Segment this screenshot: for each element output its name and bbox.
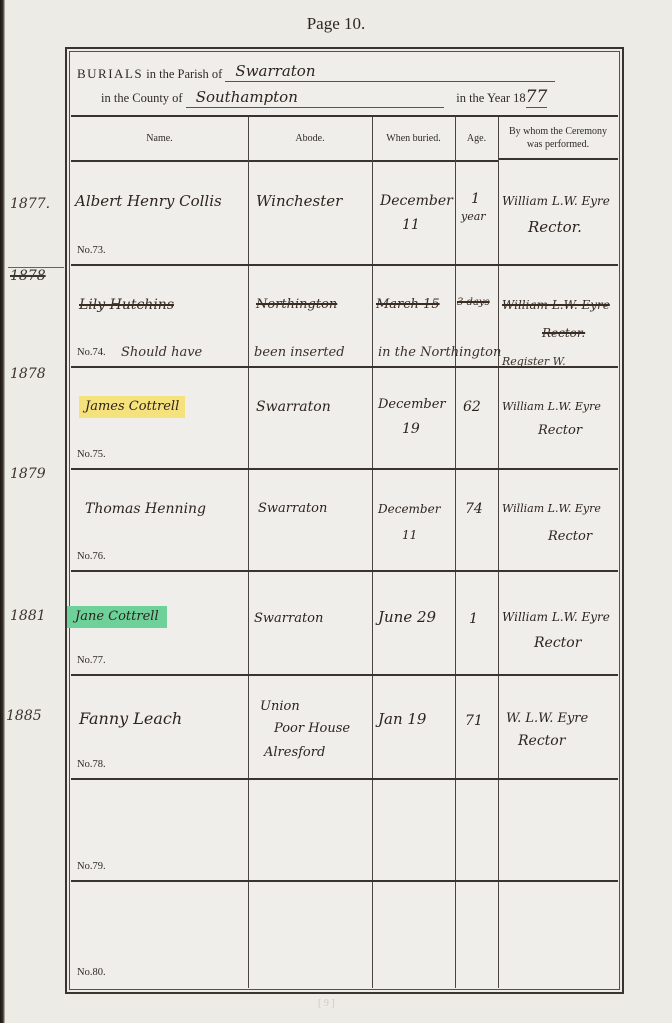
- year-suffix: 77: [526, 87, 548, 108]
- margin-year-1881: 1881: [10, 608, 46, 624]
- age-value-struck: 3 days: [457, 292, 490, 314]
- burial-date: June 29: [378, 606, 436, 628]
- entry-number: No.77.: [77, 655, 106, 666]
- abode-cell: Swarraton: [248, 366, 372, 468]
- register-header: BURIALS in the Parish of Swarraton in th…: [71, 53, 618, 117]
- county-value: Southampton: [196, 88, 298, 106]
- age-value: 71: [465, 710, 483, 732]
- entry-name-struck: Lily Hutchins: [79, 294, 174, 316]
- officiant-title: Rector: [518, 730, 565, 752]
- margin-year-1885: 1885: [6, 708, 42, 724]
- county-line: in the County of Southampton in the Year…: [101, 87, 547, 108]
- officiant-cell: W. L.W. Eyre Rector: [498, 674, 622, 778]
- burial-date-day: 11: [402, 524, 417, 546]
- book-binding-edge: [0, 0, 5, 1023]
- when-buried-cell: December 19: [372, 366, 455, 468]
- entry-abode-line3: Alresford: [264, 742, 325, 764]
- name-cell: No.80.: [71, 880, 248, 986]
- when-buried-cell: Jan 19: [372, 674, 455, 778]
- entry-number: No.80.: [77, 967, 106, 978]
- burial-date-struck: March 15: [376, 294, 440, 316]
- burial-date-day: 11: [402, 214, 420, 236]
- age-cell: 1 year: [455, 162, 498, 264]
- entry-abode: Swarraton: [254, 608, 323, 630]
- name-cell: Albert Henry Collis No.73.: [71, 162, 248, 264]
- entry-name-highlighted: James Cottrell: [79, 396, 185, 418]
- table-row-entry-79: No.79.: [71, 778, 618, 882]
- entry-number: No.79.: [77, 861, 106, 872]
- when-buried-cell: March 15 in the Northington: [372, 264, 455, 366]
- entry-number: No.76.: [77, 551, 106, 562]
- table-row-entry-76: Thomas Henning No.76. Swarraton December…: [71, 468, 618, 572]
- table-row-entry-77: Jane Cottrell No.77. Swarraton June 29 1…: [71, 570, 618, 676]
- officiant-title: Rector: [548, 526, 592, 548]
- margin-year-1877: 1877.: [10, 196, 50, 212]
- officiant-name-struck: William L.W. Eyre: [502, 294, 610, 316]
- officiant-cell: William L.W. Eyre Rector. Register W.: [498, 264, 622, 366]
- officiant-name: William L.W. Eyre: [502, 190, 610, 212]
- officiant-cell: William L.W. Eyre Rector: [498, 570, 622, 674]
- name-cell: James Cottrell No.75.: [71, 366, 248, 468]
- entry-name: Albert Henry Collis: [75, 190, 222, 212]
- margin-year-1878: 1878: [10, 366, 46, 382]
- burial-date: Jan 19: [378, 708, 426, 730]
- age-cell: 62: [455, 366, 498, 468]
- entry-name: Thomas Henning: [85, 498, 206, 520]
- burial-date-month: December: [378, 394, 446, 416]
- county-field: Southampton: [186, 91, 444, 108]
- entry-number: No.75.: [77, 449, 106, 460]
- burial-date-day: 19: [402, 418, 420, 440]
- correction-note-part1: Should have: [121, 345, 202, 360]
- entry-name: Fanny Leach: [79, 708, 182, 730]
- officiant-title: Rector.: [528, 216, 582, 238]
- burial-register-table: BURIALS in the Parish of Swarraton in th…: [65, 47, 624, 994]
- year-prefix: 18: [513, 91, 526, 105]
- age-cell: 71: [455, 674, 498, 778]
- age-value: 1: [469, 608, 478, 630]
- column-header-when-buried: When buried.: [372, 117, 455, 162]
- entry-abode-line1: Union: [260, 696, 300, 718]
- abode-cell: Swarraton: [248, 468, 372, 570]
- officiant-cell: William L.W. Eyre Rector.: [498, 162, 622, 264]
- table-row-entry-74: Lily Hutchins No.74. Should have Northin…: [71, 264, 618, 368]
- name-cell: Jane Cottrell No.77.: [71, 570, 248, 674]
- officiant-title: Rector: [534, 632, 581, 654]
- year-label: in the Year: [456, 91, 510, 105]
- table-row-entry-80: No.80.: [71, 880, 618, 986]
- abode-cell: Northington been inserted: [248, 264, 372, 366]
- entry-abode: Winchester: [256, 190, 342, 212]
- burial-date-month: December: [378, 498, 440, 520]
- entry-abode: Swarraton: [258, 498, 327, 520]
- column-header-ceremony: By whom the Ceremony was performed.: [498, 117, 618, 160]
- officiant-cell: William L.W. Eyre Rector: [498, 468, 622, 570]
- faint-page-mark: [ 9 ]: [318, 998, 335, 1009]
- table-row-entry-78: Fanny Leach No.78. Union Poor House Alre…: [71, 674, 618, 780]
- entry-abode-line2: Poor House: [274, 718, 350, 740]
- name-cell: No.79.: [71, 778, 248, 880]
- parish-value: Swarraton: [235, 62, 315, 80]
- name-cell: Fanny Leach No.78.: [71, 674, 248, 778]
- when-buried-cell: December 11: [372, 468, 455, 570]
- officiant-name: William L.W. Eyre: [502, 396, 601, 418]
- when-buried-cell: June 29: [372, 570, 455, 674]
- margin-year-1879: 1879: [10, 466, 46, 482]
- entry-abode: Swarraton: [256, 396, 331, 418]
- abode-cell: Swarraton: [248, 570, 372, 674]
- entry-number: No.74.: [77, 347, 106, 358]
- age-cell: 74: [455, 468, 498, 570]
- entry-name-highlighted: Jane Cottrell: [67, 606, 167, 628]
- table-row-entry-75: James Cottrell No.75. Swarraton December…: [71, 366, 618, 470]
- parish-line: BURIALS in the Parish of Swarraton: [77, 65, 555, 82]
- burial-date-month: December: [380, 190, 453, 212]
- county-label: in the County of: [101, 91, 183, 105]
- age-value: 74: [465, 498, 483, 520]
- age-unit: year: [461, 206, 486, 228]
- margin-year-1878-struck: 1878: [10, 268, 46, 284]
- age-cell: 1: [455, 570, 498, 674]
- age-cell: 3 days: [455, 264, 498, 366]
- age-value: 62: [463, 396, 481, 418]
- officiant-name: William L.W. Eyre: [502, 498, 601, 520]
- abode-cell: Winchester: [248, 162, 372, 264]
- name-cell: Thomas Henning No.76.: [71, 468, 248, 570]
- officiant-name: William L.W. Eyre: [502, 606, 610, 628]
- table-row-entry-73: Albert Henry Collis No.73. Winchester De…: [71, 162, 618, 266]
- name-cell: Lily Hutchins No.74. Should have: [71, 264, 248, 366]
- column-header-name: Name.: [71, 117, 248, 162]
- parish-label: in the Parish of: [146, 67, 222, 81]
- officiant-title: Rector: [538, 420, 582, 442]
- abode-cell: Union Poor House Alresford: [248, 674, 372, 778]
- parish-field: Swarraton: [225, 65, 555, 82]
- officiant-cell: William L.W. Eyre Rector: [498, 366, 622, 468]
- column-header-abode: Abode.: [248, 117, 372, 162]
- officiant-name: W. L.W. Eyre: [506, 708, 588, 730]
- correction-note-part2: been inserted: [254, 345, 345, 360]
- entry-number: No.73.: [77, 245, 106, 256]
- officiant-title-struck: Rector.: [542, 322, 585, 344]
- when-buried-cell: December 11: [372, 162, 455, 264]
- entry-number: No.78.: [77, 759, 106, 770]
- burials-label: BURIALS: [77, 66, 143, 81]
- entry-abode-struck: Northington: [256, 294, 337, 316]
- column-header-age: Age.: [455, 117, 498, 162]
- page-title: Page 10.: [0, 14, 672, 34]
